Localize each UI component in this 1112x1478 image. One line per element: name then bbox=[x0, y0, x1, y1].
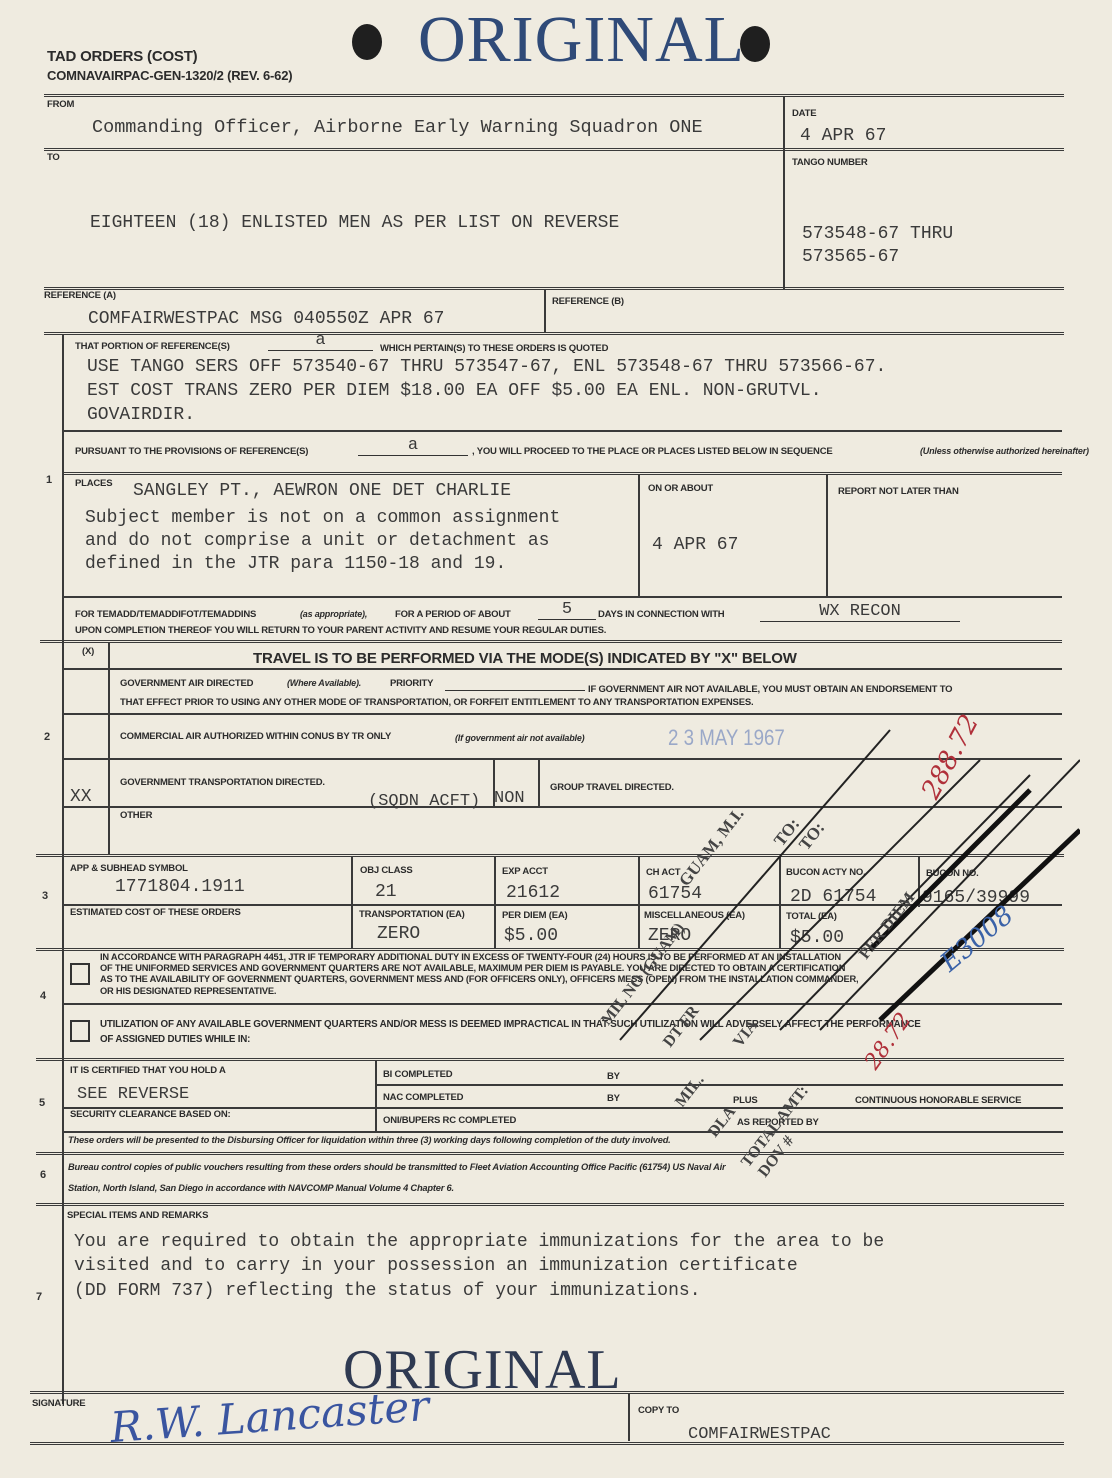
section6-line2: Station, North Island, San Diego in acco… bbox=[68, 1183, 454, 1193]
divider bbox=[494, 857, 496, 949]
gov-air-label: GOVERNMENT AIR DIRECTED bbox=[120, 678, 253, 689]
row-number: 2 bbox=[44, 731, 50, 743]
exp-label: EXP ACCT bbox=[502, 866, 548, 877]
divider bbox=[44, 287, 1064, 290]
obj-value: 21 bbox=[375, 882, 397, 902]
divider bbox=[36, 1203, 1064, 1206]
divider bbox=[638, 474, 640, 596]
divider bbox=[44, 148, 1064, 151]
form-title: TAD ORDERS (Cost) bbox=[47, 48, 197, 65]
row-number: 1 bbox=[46, 474, 52, 486]
quoted-line3: GOVAIRDIR. bbox=[87, 405, 195, 425]
divider bbox=[36, 1152, 1064, 1155]
quoted-line2: EST COST TRANS ZERO PER DIEM $18.00 EA O… bbox=[87, 381, 822, 401]
from-label: FROM bbox=[47, 99, 74, 110]
places-remark3: defined in the JTR para 1150-18 and 19. bbox=[85, 554, 506, 574]
gov-transport-mark[interactable]: XX bbox=[70, 787, 92, 807]
tango-line1: 573548-67 THRU bbox=[802, 224, 953, 244]
divider bbox=[30, 1442, 1064, 1445]
pursuant-label-post: , YOU WILL PROCEED TO THE PLACE OR PLACE… bbox=[472, 446, 833, 457]
purpose-value: WX RECON bbox=[760, 602, 960, 622]
pursuant-label-pre: PURSUANT TO THE PROVISIONS OF REFERENCE(… bbox=[75, 446, 308, 457]
punch-hole-right bbox=[740, 26, 770, 62]
divider bbox=[30, 1391, 1064, 1394]
gov-air-rest: IF GOVERNMENT AIR NOT AVAILABLE, YOU MUS… bbox=[588, 684, 952, 695]
perdiem-label: PER DIEM (ea) bbox=[502, 910, 568, 921]
on-or-about-value: 4 APR 67 bbox=[652, 535, 738, 555]
quoted-label-pre: THAT PORTION OF REFERENCE(S) bbox=[75, 341, 230, 352]
divider bbox=[538, 760, 540, 808]
reference-a-label: REFERENCE (a) bbox=[44, 290, 116, 301]
divider bbox=[44, 332, 1064, 335]
places-value: SANGLEY PT., AEWRON ONE DET CHARLIE bbox=[133, 481, 511, 501]
places-remark1: Subject member is not on a common assign… bbox=[85, 508, 560, 528]
date-value: 4 APR 67 bbox=[800, 126, 886, 146]
gov-transport-value: (SQDN ACFT) bbox=[368, 792, 480, 811]
impractical-quarters-checkbox[interactable] bbox=[70, 1020, 90, 1042]
divider bbox=[62, 1131, 1063, 1133]
row-number: 3 bbox=[42, 890, 48, 902]
divider bbox=[351, 857, 353, 949]
divider bbox=[628, 1393, 630, 1441]
divider bbox=[40, 640, 1062, 643]
report-label: REPORT NOT LATER THAN bbox=[838, 486, 959, 497]
priority-field[interactable] bbox=[445, 690, 585, 691]
est-cost-label: ESTIMATED COST OF THESE ORDERS bbox=[70, 907, 241, 918]
other-label: OTHER bbox=[120, 810, 152, 821]
period-label: FOR A PERIOD OF ABOUT bbox=[395, 609, 511, 620]
pursuant-ref: a bbox=[358, 436, 468, 456]
form-number: COMNAVAIRPAC-GEN-1320/2 (REV. 6-62) bbox=[47, 68, 292, 83]
temadd-line2: UPON COMPLETION THEREOF YOU WILL RETURN … bbox=[75, 625, 606, 636]
exp-value: 21612 bbox=[506, 883, 560, 903]
divider bbox=[544, 289, 546, 333]
certified-value: SEE REVERSE bbox=[77, 1085, 189, 1104]
para1-line4: OR HIS DESIGNATED REPRESENTATIVE. bbox=[100, 986, 276, 996]
para2-line2: OF ASSIGNED DUTIES WHILE IN: bbox=[100, 1034, 250, 1045]
obj-label: OBJ CLASS bbox=[360, 865, 413, 876]
from-value: Commanding Officer, Airborne Early Warni… bbox=[92, 117, 703, 138]
gov-transport-label: GOVERNMENT TRANSPORTATION DIRECTED. bbox=[120, 777, 325, 788]
commercial-air-label: COMMERCIAL AIR AUTHORIZED WITHIN CONUS B… bbox=[120, 731, 391, 742]
certified-label: IT IS CERTIFIED THAT YOU HOLD A bbox=[70, 1065, 226, 1076]
row-number: 4 bbox=[40, 990, 46, 1002]
travel-title: TRAVEL IS TO BE PERFORMED VIA THE MODE(S… bbox=[253, 650, 797, 667]
quarters-certification-checkbox[interactable] bbox=[70, 963, 90, 985]
tango-label: TANGO NUMBER bbox=[792, 157, 868, 168]
temadd-note: (as appropriate), bbox=[300, 609, 367, 619]
reference-a-value: COMFAIRWESTPAC MSG 040550Z APR 67 bbox=[88, 309, 444, 329]
temadd-label: FOR TEMADD/TEMADDIFOT/TEMADDINS bbox=[75, 609, 256, 620]
app-value: 1771804.1911 bbox=[115, 877, 245, 897]
remarks-line3: (DD FORM 737) reflecting the status of y… bbox=[74, 1281, 701, 1301]
divider bbox=[62, 430, 1062, 432]
original-stamp-top: ORIGINAL bbox=[418, 5, 745, 75]
on-or-about-label: ON OR ABOUT bbox=[648, 483, 713, 494]
row-number: 6 bbox=[40, 1169, 46, 1181]
disbursing-note: These orders will be presented to the Di… bbox=[68, 1135, 671, 1145]
signature-label: SIGNATURE bbox=[32, 1398, 85, 1409]
pursuant-note: (Unless otherwise authorized hereinafter… bbox=[920, 446, 1089, 456]
remarks-line1: You are required to obtain the appropria… bbox=[74, 1232, 884, 1252]
divider bbox=[783, 97, 785, 289]
remarks-line2: visited and to carry in your possession … bbox=[74, 1256, 798, 1276]
quoted-line1: USE TANGO SERS OFF 573540-67 THRU 573547… bbox=[87, 357, 886, 377]
divider bbox=[62, 472, 1062, 475]
trans-label: TRANSPORTATION (ea) bbox=[359, 909, 465, 920]
gov-air-note: (Where Available). bbox=[287, 678, 361, 688]
punch-hole-left bbox=[352, 24, 382, 60]
app-label: APP & SUBHEAD SYMBOL bbox=[70, 863, 188, 874]
trans-value: ZERO bbox=[377, 924, 420, 944]
remarks-label: SPECIAL ITEMS AND REMARKS bbox=[67, 1210, 208, 1221]
row-number: 5 bbox=[39, 1097, 45, 1109]
section6-line1: Bureau control copies of public vouchers… bbox=[68, 1162, 725, 1172]
divider bbox=[62, 596, 1062, 598]
divider bbox=[44, 94, 1064, 97]
oni-label: ONI/BUPERS RC COMPLETED bbox=[383, 1115, 516, 1126]
divider bbox=[62, 668, 1062, 670]
perdiem-value: $5.00 bbox=[504, 926, 558, 946]
x-header: (X) bbox=[82, 646, 94, 657]
connection-label: DAYS IN CONNECTION WITH bbox=[598, 609, 724, 620]
clearance-label: SECURITY CLEARANCE BASED ON: bbox=[70, 1109, 231, 1120]
date-label: DATE bbox=[792, 108, 816, 119]
to-value: EIGHTEEN (18) ENLISTED MEN AS PER LIST O… bbox=[90, 213, 619, 233]
bi-label: BI COMPLETED bbox=[383, 1069, 452, 1080]
nac-label: NAC COMPLETED bbox=[383, 1092, 463, 1103]
priority-label: PRIORITY bbox=[390, 678, 433, 689]
quoted-label-post: WHICH PERTAIN(S) TO THESE ORDERS IS QUOT… bbox=[380, 343, 608, 354]
divider bbox=[375, 1060, 377, 1132]
tango-line2: 573565-67 bbox=[802, 247, 899, 267]
to-label: TO bbox=[47, 152, 60, 163]
reference-b-label: REFERENCE (b) bbox=[552, 296, 624, 307]
divider bbox=[108, 642, 110, 854]
frame-left bbox=[62, 334, 64, 1404]
row-number: 7 bbox=[36, 1291, 42, 1303]
days-value: 5 bbox=[538, 600, 596, 620]
places-label: PLACES bbox=[75, 478, 112, 489]
places-remark2: and do not comprise a unit or detachment… bbox=[85, 531, 549, 551]
copy-to-label: COPY TO bbox=[638, 1405, 679, 1416]
divider bbox=[826, 474, 828, 596]
quoted-ref: a bbox=[268, 331, 373, 351]
